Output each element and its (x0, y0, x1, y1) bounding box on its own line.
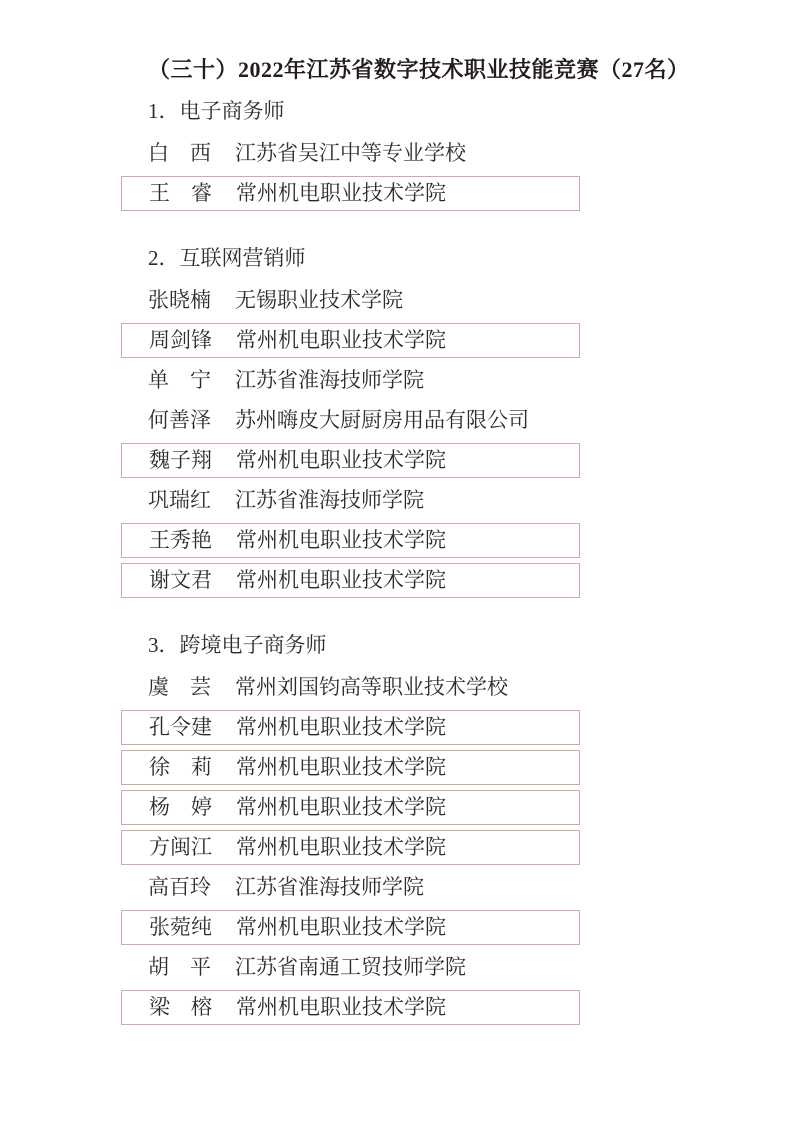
boxed-entry-row: 梁 榕 常州机电职业技术学院 (121, 990, 580, 1025)
entry-organization: 常州机电职业技术学院 (236, 994, 446, 1021)
entry-organization: 常州机电职业技术学院 (236, 914, 446, 941)
entry-name: 巩瑞红 (148, 487, 214, 514)
section-heading: 3．跨境电子商务师 (148, 632, 799, 658)
boxed-entry-row: 魏子翔 常州机电职业技术学院 (121, 443, 580, 478)
entry-row: 张晓楠 无锡职业技术学院 (121, 283, 580, 318)
entry-organization: 常州机电职业技术学院 (236, 527, 446, 554)
entry-organization: 常州机电职业技术学院 (236, 447, 446, 474)
entry-name: 虞 芸 (148, 674, 214, 701)
entry-name: 梁 榕 (149, 994, 215, 1021)
entry-organization: 常州机电职业技术学院 (236, 180, 446, 207)
boxed-entry-row: 周剑锋 常州机电职业技术学院 (121, 323, 580, 358)
boxed-entry-row: 王 睿 常州机电职业技术学院 (121, 176, 580, 211)
boxed-entry-row: 王秀艳 常州机电职业技术学院 (121, 523, 580, 558)
entry-organization: 常州机电职业技术学院 (236, 714, 446, 741)
entry-row: 巩瑞红 江苏省淮海技师学院 (121, 483, 580, 518)
section-heading: 1．电子商务师 (148, 98, 799, 124)
boxed-entry-row: 谢文君 常州机电职业技术学院 (121, 563, 580, 598)
entry-name: 孔令建 (149, 714, 215, 741)
entry-row: 胡 平 江苏省南通工贸技师学院 (121, 950, 580, 985)
entry-name: 徐 莉 (149, 754, 215, 781)
entry-organization: 江苏省吴江中等专业学校 (235, 140, 466, 167)
entry-name: 杨 婷 (149, 794, 215, 821)
entry-organization: 常州机电职业技术学院 (236, 567, 446, 594)
boxed-entry-row: 杨 婷 常州机电职业技术学院 (121, 790, 580, 825)
boxed-entry-row: 张菀纯 常州机电职业技术学院 (121, 910, 580, 945)
section: 2．互联网营销师 张晓楠 无锡职业技术学院 周剑锋 常州机电职业技术学院 单 宁… (0, 245, 799, 598)
entry-organization: 江苏省淮海技师学院 (235, 367, 424, 394)
entry-organization: 江苏省南通工贸技师学院 (235, 954, 466, 981)
entry-name: 周剑锋 (149, 327, 215, 354)
entry-organization: 常州机电职业技术学院 (236, 834, 446, 861)
document-page: （三十）2022年江苏省数字技术职业技能竞赛（27名） 1．电子商务师 白 西 … (0, 0, 799, 1131)
entry-row: 何善泽 苏州嗨皮大厨厨房用品有限公司 (121, 403, 580, 438)
entry-name: 何善泽 (148, 407, 214, 434)
boxed-entry-row: 方闽江 常州机电职业技术学院 (121, 830, 580, 865)
entry-organization: 江苏省淮海技师学院 (235, 874, 424, 901)
section-entries: 虞 芸 常州刘国钧高等职业技术学校 孔令建 常州机电职业技术学院 徐 莉 常州机… (0, 670, 799, 1025)
entry-row: 高百玲 江苏省淮海技师学院 (121, 870, 580, 905)
entry-organization: 常州刘国钧高等职业技术学校 (235, 674, 508, 701)
section: 3．跨境电子商务师 虞 芸 常州刘国钧高等职业技术学校 孔令建 常州机电职业技术… (0, 632, 799, 1025)
section: 1．电子商务师 白 西 江苏省吴江中等专业学校 王 睿 常州机电职业技术学院 (0, 98, 799, 211)
entry-name: 张晓楠 (148, 287, 214, 314)
section-heading: 2．互联网营销师 (148, 245, 799, 271)
boxed-entry-row: 孔令建 常州机电职业技术学院 (121, 710, 580, 745)
entry-name: 王秀艳 (149, 527, 215, 554)
entry-organization: 无锡职业技术学院 (235, 287, 403, 314)
entry-name: 谢文君 (149, 567, 215, 594)
entry-organization: 江苏省淮海技师学院 (235, 487, 424, 514)
page-title: （三十）2022年江苏省数字技术职业技能竞赛（27名） (148, 55, 799, 85)
sections: 1．电子商务师 白 西 江苏省吴江中等专业学校 王 睿 常州机电职业技术学院 2… (0, 98, 799, 1025)
section-entries: 白 西 江苏省吴江中等专业学校 王 睿 常州机电职业技术学院 (0, 136, 799, 211)
entry-name: 高百玲 (148, 874, 214, 901)
entry-organization: 常州机电职业技术学院 (236, 327, 446, 354)
entry-organization: 常州机电职业技术学院 (236, 794, 446, 821)
entry-organization: 苏州嗨皮大厨厨房用品有限公司 (235, 407, 529, 434)
entry-name: 张菀纯 (149, 914, 215, 941)
entry-name: 白 西 (148, 140, 214, 167)
entry-name: 王 睿 (149, 180, 215, 207)
section-entries: 张晓楠 无锡职业技术学院 周剑锋 常州机电职业技术学院 单 宁 江苏省淮海技师学… (0, 283, 799, 598)
entry-name: 魏子翔 (149, 447, 215, 474)
entry-name: 胡 平 (148, 954, 214, 981)
entry-row: 白 西 江苏省吴江中等专业学校 (121, 136, 580, 171)
entry-row: 单 宁 江苏省淮海技师学院 (121, 363, 580, 398)
entry-name: 单 宁 (148, 367, 214, 394)
entry-organization: 常州机电职业技术学院 (236, 754, 446, 781)
entry-row: 虞 芸 常州刘国钧高等职业技术学校 (121, 670, 580, 705)
entry-name: 方闽江 (149, 834, 215, 861)
boxed-entry-row: 徐 莉 常州机电职业技术学院 (121, 750, 580, 785)
